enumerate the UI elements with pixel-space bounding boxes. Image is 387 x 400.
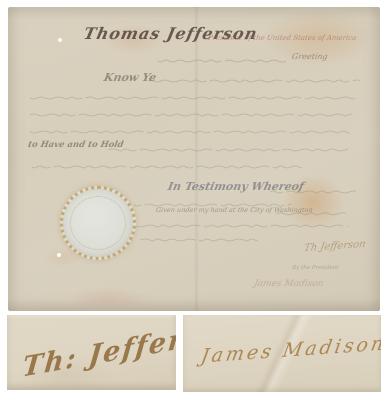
faded-madison-signature: James Madison <box>253 279 325 289</box>
faded-script-line <box>270 186 356 196</box>
parchment-document: Thomas Jefferson President of the United… <box>8 7 380 311</box>
faded-script-line <box>276 209 346 217</box>
faded-script-line <box>148 75 360 85</box>
faded-script-line <box>158 55 286 65</box>
faded-script-line <box>30 126 350 136</box>
paper-flaw-speck <box>58 38 62 42</box>
jefferson-signature-panel: Th: Jefferson <box>7 315 176 390</box>
by-the-president-script: By the President <box>292 265 339 271</box>
faded-jefferson-signature: Th Jefferson <box>303 239 366 254</box>
faded-script-line <box>32 161 302 171</box>
madison-signature: James Madison <box>199 332 381 367</box>
paper-flaw-speck <box>57 253 61 257</box>
embossed-paper-seal <box>60 186 136 260</box>
madison-signature-panel: James Madison <box>183 315 381 392</box>
salutation-greeting: Greeting <box>291 52 328 61</box>
jefferson-signature: Th: Jefferson <box>21 315 176 384</box>
photo-of-jefferson-document: Thomas Jefferson President of the United… <box>0 0 387 400</box>
faded-script-line <box>30 109 352 119</box>
faded-script-line <box>108 144 348 154</box>
document-title-rest: President of the United States of Americ… <box>207 34 356 42</box>
faded-script-line <box>136 220 348 230</box>
faded-script-line <box>140 234 258 244</box>
faded-script-line <box>30 92 355 102</box>
